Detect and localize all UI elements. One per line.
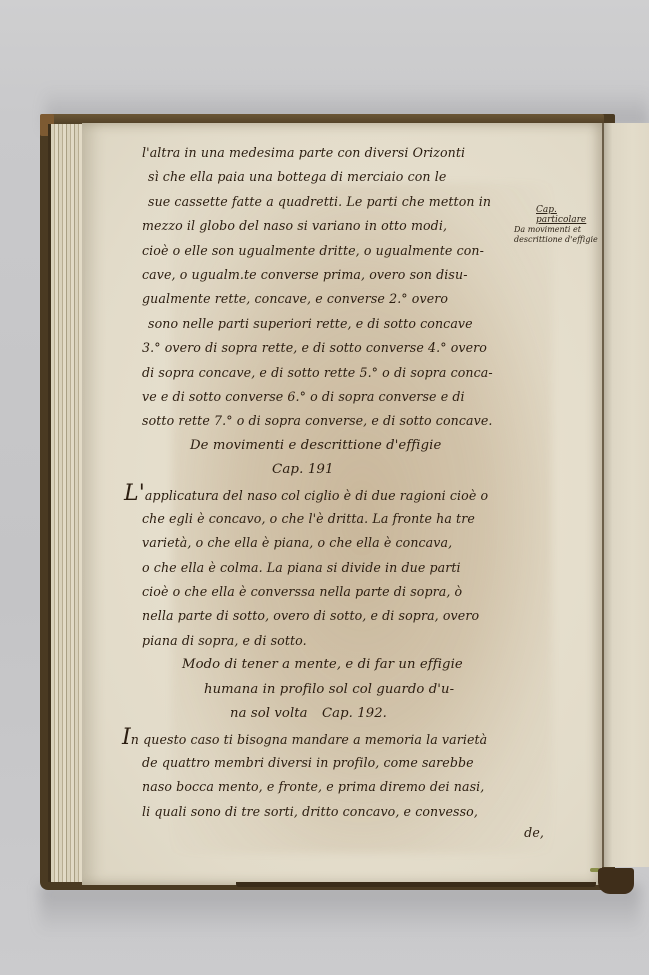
background-shadow-bottom (40, 885, 640, 935)
facing-page (602, 123, 649, 867)
text-line: L'applicatura del naso col ciglio è di d… (124, 482, 562, 506)
text-line: 3.° overo di sopra rette, e di sotto con… (142, 336, 562, 360)
text-line: cioè o elle son ugualmente dritte, o ugu… (142, 239, 562, 263)
margin-annotation-line: Da movimenti et (514, 225, 604, 235)
margin-annotation-title: Cap. particolare (514, 205, 604, 225)
text-line: piana di sopra, e di sotto. (142, 629, 562, 653)
text-line: sì che ella paia una bottega di merciaio… (142, 165, 562, 189)
section-heading: humana in profilo sol col guardo d'u- (142, 678, 562, 702)
cover-bottom-edge (236, 882, 596, 887)
text-line: sotto rette 7.° o di sopra converse, e d… (142, 409, 562, 433)
binding-clasp (598, 868, 634, 894)
text-line: varietà, o che ella è piana, o che ella … (142, 531, 562, 555)
section-heading-end: na sol volta Cap. 192. (142, 702, 562, 726)
text-line: cioè o che ella è converssa nella parte … (142, 580, 562, 604)
text-line: mezzo il globo del naso si variano in ot… (142, 214, 562, 238)
text-line: sue cassette fatte a quadretti. Le parti… (142, 190, 562, 214)
text-line: naso bocca mento, e fronte, e prima dire… (142, 775, 562, 799)
section-heading: Modo di tener a mente, e di far un effig… (142, 653, 562, 677)
text-line: ve e di sotto converse 6.° o di sopra co… (142, 385, 562, 409)
text-line: l'altra in una medesima parte con divers… (142, 141, 562, 165)
text-line: In questo caso ti bisogna mandare a memo… (122, 726, 562, 750)
main-text: l'altra in una medesima parte con divers… (142, 141, 562, 842)
text-line: che egli è concavo, o che l'è dritta. La… (142, 507, 562, 531)
text-line: sono nelle parti superiori rette, e di s… (142, 312, 562, 336)
catchword: de, (142, 824, 562, 842)
margin-annotation-line: descrittione d'effigie (514, 235, 604, 245)
text-line: gualmente rette, concave, e converse 2.°… (142, 287, 562, 311)
text-line: cave, o ugualm.te converse prima, overo … (142, 263, 562, 287)
text-line: nella parte di sotto, overo di sotto, e … (142, 604, 562, 628)
chapter-number: Cap. 192. (312, 706, 387, 721)
text-line: de quattro membri diversi in profilo, co… (142, 751, 562, 775)
section-heading: De movimenti e descrittione d'effigie (142, 434, 562, 458)
text-line: o che ella è colma. La piana si divide i… (142, 556, 562, 580)
chapter-number: Cap. 191 (142, 458, 562, 482)
text-line: li quali sono di tre sorti, dritto conca… (142, 800, 562, 824)
text-line: di sopra concave, e di sotto rette 5.° o… (142, 361, 562, 385)
margin-annotation: Cap. particolare Da movimenti et descrit… (514, 205, 604, 245)
section-heading: na sol volta (230, 706, 308, 721)
